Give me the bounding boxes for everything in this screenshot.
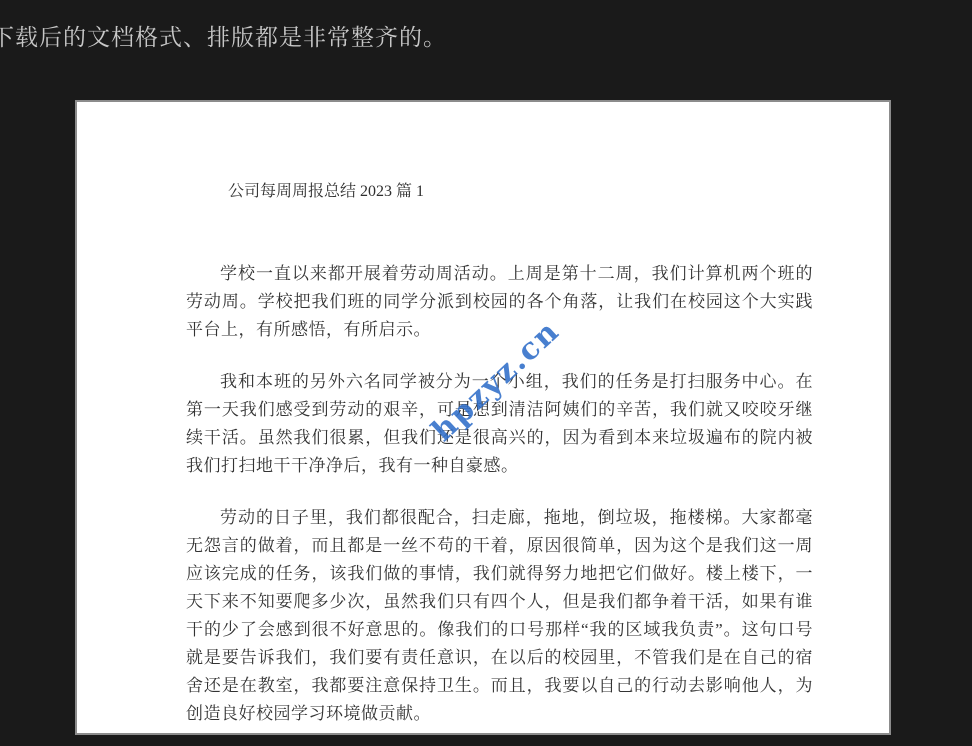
document-page: 公司每周周报总结 2023 篇 1 学校一直以来都开展着劳动周活动。上周是第十二… [75, 100, 891, 735]
document-paragraph: 学校一直以来都开展着劳动周活动。上周是第十二周，我们计算机两个班的劳动周。学校把… [186, 260, 813, 344]
page-caption: 下载后的文档格式、排版都是非常整齐的。 [0, 19, 447, 52]
document-paragraph: 我和本班的另外六名同学被分为一个小组，我们的任务是打扫服务中心。在第一天我们感受… [186, 368, 813, 480]
document-title: 公司每周周报总结 2023 篇 1 [228, 181, 813, 203]
document-paragraph: 劳动的日子里，我们都很配合，扫走廊，拖地，倒垃圾，拖楼梯。大家都毫无怨言的做着，… [186, 504, 813, 728]
document-body: 学校一直以来都开展着劳动周活动。上周是第十二周，我们计算机两个班的劳动周。学校把… [186, 260, 813, 728]
